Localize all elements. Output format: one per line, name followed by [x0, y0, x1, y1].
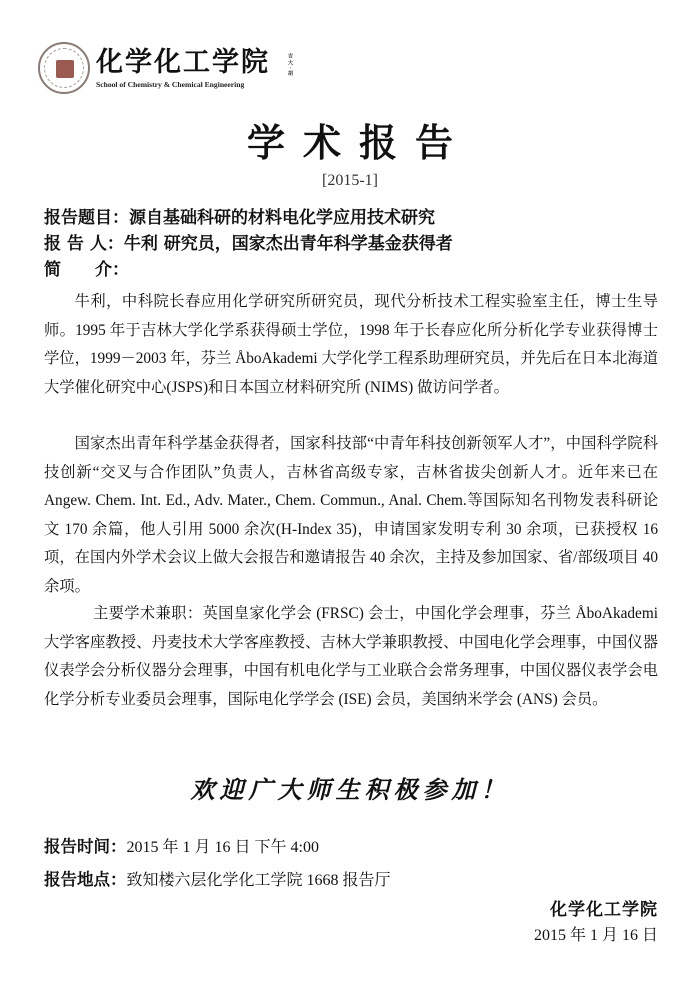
- school-logo: 化学化工学院吉大·胡 School of Chemistry & Chemica…: [38, 42, 306, 94]
- bio-text-1: 牛利，中科院长春应用化学研究所研究员，现代分析技术工程实验室主任，博士生导师。1…: [44, 288, 658, 402]
- bio-paragraph-2: 国家杰出青年科学基金获得者，国家科技部“中青年科技创新领军人才”，中国科学院科技…: [44, 430, 658, 601]
- topic-value: 源自基础科研的材料电化学应用技术研究: [129, 208, 435, 228]
- speaker-row: 报 告 人：牛利 研究员，国家杰出青年科学基金获得者: [44, 231, 453, 257]
- speaker-value: 牛利 研究员，国家杰出青年科学基金获得者: [124, 234, 453, 254]
- topic-label: 报告题目：: [44, 208, 129, 228]
- intro-row: 简 介：: [44, 257, 129, 283]
- university-seal-icon: [38, 42, 90, 94]
- bio-paragraph-1: 牛利，中科院长春应用化学研究所研究员，现代分析技术工程实验室主任，博士生导师。1…: [44, 288, 658, 402]
- signature: 化学化工学院: [550, 895, 658, 920]
- welcome-banner: 欢迎广大师生积极参加！: [0, 770, 700, 805]
- page-title: 学术报告: [0, 112, 700, 167]
- logo-chinese-name: 化学化工学院: [96, 47, 270, 79]
- bio-paragraph-3: 主要学术兼职：英国皇家化学会 (FRSC) 会士，中国化学会理事，芬兰 ÅboA…: [44, 600, 658, 714]
- time-label: 报告时间：: [44, 837, 127, 856]
- place-value: 致知楼六层化学化工学院 1668 报告厅: [127, 872, 391, 889]
- place-label: 报告地点：: [44, 870, 127, 889]
- bio-text-3: 主要学术兼职：英国皇家化学会 (FRSC) 会士，中国化学会理事，芬兰 ÅboA…: [44, 600, 658, 714]
- serial-number: [2015-1]: [0, 172, 700, 190]
- speaker-label: 报 告 人：: [44, 234, 124, 254]
- logo-small-inscription: 吉大·胡: [274, 53, 306, 78]
- intro-label: 简 介：: [44, 260, 129, 280]
- issue-date: 2015 年 1 月 16 日: [534, 922, 658, 945]
- logo-english-name: School of Chemistry & Chemical Engineeri…: [96, 80, 306, 89]
- time-value: 2015 年 1 月 16 日 下午 4:00: [127, 839, 319, 856]
- bio-text-2: 国家杰出青年科学基金获得者，国家科技部“中青年科技创新领军人才”，中国科学院科技…: [44, 430, 658, 601]
- place-row: 报告地点：致知楼六层化学化工学院 1668 报告厅: [44, 867, 391, 894]
- time-row: 报告时间：2015 年 1 月 16 日 下午 4:00: [44, 834, 319, 861]
- topic-row: 报告题目：源自基础科研的材料电化学应用技术研究: [44, 205, 435, 231]
